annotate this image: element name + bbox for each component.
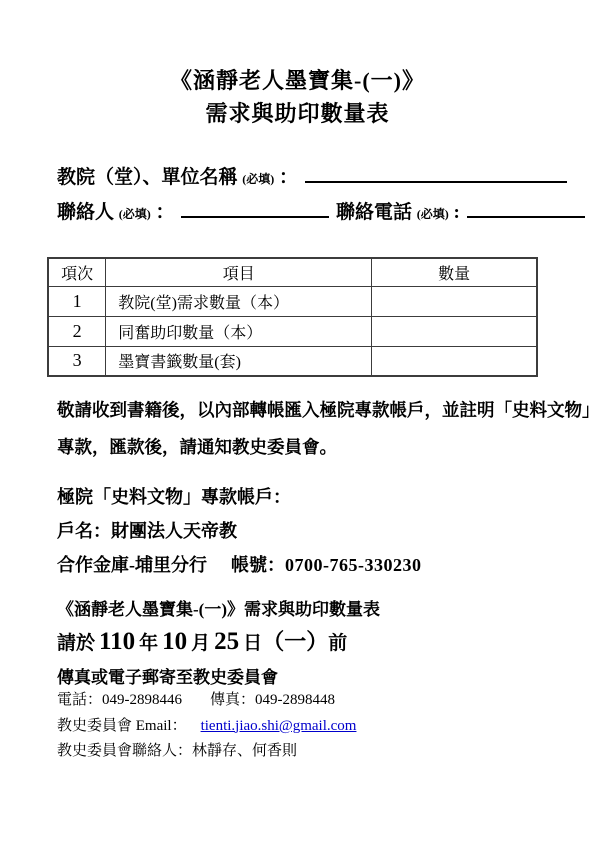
contact-person-label: 聯絡人 xyxy=(57,202,114,223)
contact-phone-label: 聯絡電話 xyxy=(336,202,412,223)
document-title-line2: 需求與助印數量表 xyxy=(0,97,595,130)
phone-fax-line: 電話：049-2898446傳真：049-2898448 xyxy=(57,688,356,714)
table-row: 1 教院(堂)需求數量（本） xyxy=(48,286,537,316)
account-bank-line: 合作金庫-埔里分行帳號：0700-765-330230 xyxy=(57,548,422,582)
deadline-month: 10 xyxy=(158,628,191,655)
account-number-label: 帳號： xyxy=(231,555,285,575)
deadline-date-line: 請於110年10月25日（一）前 xyxy=(57,624,380,662)
document-title-line1: 《涵靜老人墨寶集-(一)》 xyxy=(0,64,595,97)
contact-persons-label: 教史委員會聯絡人： xyxy=(57,743,192,759)
deadline-month-unit: 月 xyxy=(191,633,210,654)
phone-label: 電話： xyxy=(57,692,102,708)
payment-notice: 敬請收到書籍後，以內部轉帳匯入極院專款帳戶，並註明「史料文物」 專款，匯款後，請… xyxy=(57,392,572,466)
deadline-form-title: 《涵靜老人墨寶集-(一)》需求與助印數量表 xyxy=(57,598,380,622)
table-row: 2 同奮助印數量（本） xyxy=(48,316,537,346)
payment-notice-line2: 專款，匯款後，請通知教史委員會。 xyxy=(57,429,572,466)
contact-info-block: 電話：049-2898446傳真：049-2898448 教史委員會 Email… xyxy=(57,688,356,765)
row2-item: 同奮助印數量（本） xyxy=(106,316,372,346)
contact-person-blank-field xyxy=(181,198,329,218)
header-quantity: 數量 xyxy=(372,258,537,286)
contact-colon: ： xyxy=(156,202,175,223)
header-item-no: 項次 xyxy=(48,258,106,286)
deadline-day: 25 xyxy=(210,628,243,655)
phone-colon: : xyxy=(454,202,460,223)
org-name-line: 教院（堂）、單位名稱 (必填) ： xyxy=(57,162,567,189)
deadline-day-unit: 日 xyxy=(243,633,262,654)
fax-label: 傳真： xyxy=(210,692,255,708)
org-required-note: (必填) xyxy=(242,172,274,186)
row1-qty-blank-cell xyxy=(372,286,537,316)
row1-no: 1 xyxy=(48,286,106,316)
email-line: 教史委員會 Email：tienti.jiao.shi@gmail.com xyxy=(57,714,356,740)
account-number: 0700-765-330230 xyxy=(285,555,422,575)
row2-qty-blank-cell xyxy=(372,316,537,346)
deadline-year-unit: 年 xyxy=(139,633,158,654)
document-page: 《涵靜老人墨寶集-(一)》 需求與助印數量表 教院（堂）、單位名稱 (必填) ：… xyxy=(0,0,595,842)
document-title: 《涵靜老人墨寶集-(一)》 需求與助印數量表 xyxy=(0,64,595,130)
account-info: 極院「史料文物」專款帳戶： 戶名：財團法人天帝教 合作金庫-埔里分行帳號：070… xyxy=(57,480,422,582)
contact-required-note: (必填) xyxy=(119,207,151,221)
table-header-row: 項次 項目 數量 xyxy=(48,258,537,286)
account-heading: 極院「史料文物」專款帳戶： xyxy=(57,480,422,514)
org-name-label: 教院（堂）、單位名稱 xyxy=(57,167,238,188)
row3-qty-blank-cell xyxy=(372,346,537,376)
email-link[interactable]: tienti.jiao.shi@gmail.com xyxy=(201,718,357,734)
row3-item: 墨寶書籤數量(套) xyxy=(106,346,372,376)
deadline-suffix: 前 xyxy=(328,633,347,654)
deadline-year: 110 xyxy=(95,628,139,655)
payment-notice-line1: 敬請收到書籍後，以內部轉帳匯入極院專款帳戶，並註明「史料文物」 xyxy=(57,392,572,429)
header-item-name: 項目 xyxy=(106,258,372,286)
contact-persons-names: 林靜存、何香則 xyxy=(192,743,297,759)
table-row: 3 墨寶書籤數量(套) xyxy=(48,346,537,376)
phone-number: 049-2898446 xyxy=(102,692,182,708)
quantity-table: 項次 項目 數量 1 教院(堂)需求數量（本） 2 同奮助印數量（本） 3 墨寶… xyxy=(47,257,538,377)
contact-phone-blank-field xyxy=(467,198,585,218)
org-colon: ： xyxy=(279,167,298,188)
email-label: 教史委員會 Email： xyxy=(57,718,187,734)
account-holder: 戶名：財團法人天帝教 xyxy=(57,514,422,548)
row2-no: 2 xyxy=(48,316,106,346)
deadline-weekday: （一） xyxy=(262,629,328,654)
contact-line: 聯絡人 (必填) ： 聯絡電話 (必填) : xyxy=(57,197,585,224)
deadline-section: 《涵靜老人墨寶集-(一)》需求與助印數量表 請於110年10月25日（一）前 傳… xyxy=(57,598,380,690)
org-name-blank-field xyxy=(305,163,567,183)
row1-item: 教院(堂)需求數量（本） xyxy=(106,286,372,316)
fax-number: 049-2898448 xyxy=(255,692,335,708)
submission-method: 傳真或電子郵寄至教史委員會 xyxy=(57,666,380,690)
phone-required-note: (必填) xyxy=(417,207,449,221)
deadline-prefix: 請於 xyxy=(57,633,95,654)
row3-no: 3 xyxy=(48,346,106,376)
account-bank: 合作金庫-埔里分行 xyxy=(57,555,207,575)
contact-persons-line: 教史委員會聯絡人：林靜存、何香則 xyxy=(57,739,356,765)
